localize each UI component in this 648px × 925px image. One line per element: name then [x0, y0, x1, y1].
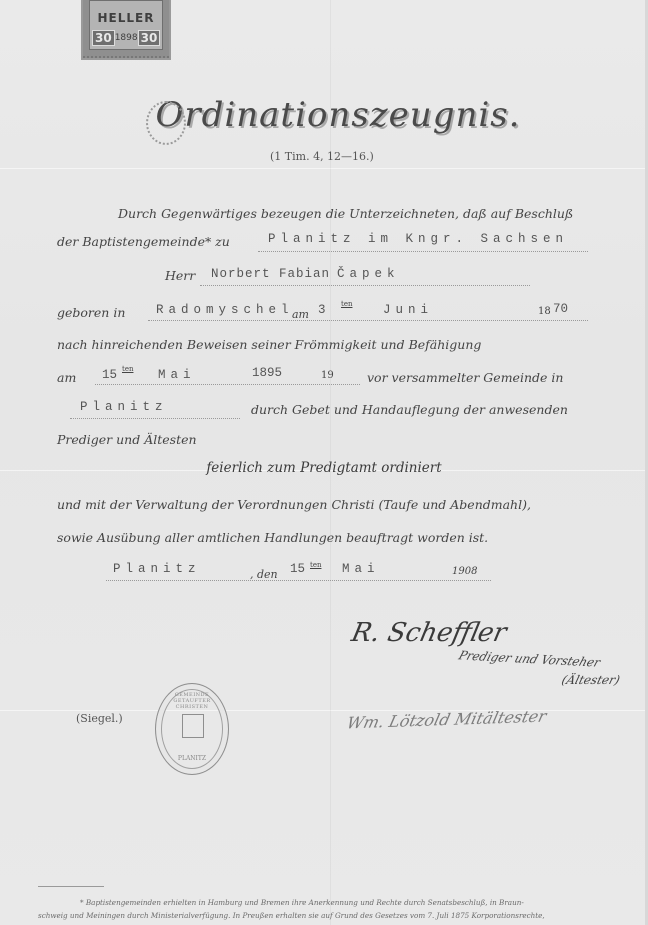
- birth-year-suffix: 70: [553, 302, 568, 316]
- body-line-5: nach hinreichenden Beweisen seiner Frömm…: [57, 337, 481, 352]
- seal-bottom-text: PLANITZ: [156, 755, 228, 762]
- issue-year: 1908: [452, 566, 477, 577]
- footnote-line-1: * Baptistengemeinden erhielten in Hambur…: [80, 898, 524, 907]
- stamp-value-right: 30: [138, 30, 161, 46]
- ordination-day-suffix: ten: [122, 365, 133, 373]
- honorific: Herr: [165, 268, 195, 283]
- field-underline: [200, 285, 530, 286]
- birth-year-prefix: 18: [538, 306, 551, 317]
- century-prefix: 19: [321, 370, 334, 381]
- ordination-year: 1895: [252, 366, 282, 380]
- issue-day-suffix: ten: [310, 561, 321, 569]
- ordination-day: 15: [102, 368, 117, 382]
- signature-preacher-title-2: (Ältester): [560, 673, 621, 687]
- birth-day: 3: [318, 303, 326, 317]
- am-label-2: am: [57, 370, 76, 385]
- birth-month: Juni: [383, 303, 433, 317]
- ordination-statement: feierlich zum Predigtamt ordiniert: [0, 460, 648, 476]
- title-block: Ordinationszeugnis.: [148, 95, 528, 135]
- paper-fold: [0, 168, 648, 169]
- ordination-place: Planitz: [80, 400, 168, 414]
- field-underline: [70, 418, 240, 419]
- body-line-1: Durch Gegenwärtiges bezeugen die Unterze…: [118, 206, 573, 221]
- stamp-label: HELLER: [90, 11, 162, 25]
- ordination-month: Mai: [158, 368, 196, 382]
- born-in-label: geboren in: [57, 305, 125, 320]
- body-line-10: und mit der Verwaltung der Verordnungen …: [57, 497, 531, 512]
- paper-fold: [0, 710, 648, 711]
- ordinand-surname: Čapek: [337, 267, 400, 281]
- footnote-line-2: schweig und Meiningen durch Ministerialv…: [38, 911, 545, 920]
- seal-ring-text: GEMEINDE GETAUFTER CHRISTEN: [156, 692, 228, 710]
- issue-place: Planitz: [113, 562, 201, 576]
- issue-month: Mai: [342, 562, 380, 576]
- field-underline: [95, 384, 360, 385]
- body-line-7-rest: durch Gebet und Handauflegung der anwese…: [251, 402, 568, 417]
- body-line-6-rest: vor versammelter Gemeinde in: [367, 370, 563, 385]
- field-underline: [106, 580, 491, 581]
- line-2-prefix: der Baptistengemeinde* zu: [57, 234, 230, 249]
- signature-preacher: R. Scheffler: [349, 618, 509, 648]
- body-line-2: der Baptistengemeinde* zu: [57, 234, 230, 249]
- stamp-year: 1898: [115, 33, 138, 43]
- field-underline: [258, 251, 588, 252]
- signature-preacher-title: Prediger und Vorsteher: [457, 648, 602, 669]
- body-line-11: sowie Ausübung aller amtlichen Handlunge…: [57, 530, 488, 545]
- certificate-page: HELLER 30 1898 30 Ordinationszeugnis. (1…: [0, 0, 648, 925]
- page-title: Ordinationszeugnis.: [148, 95, 528, 135]
- scripture-reference: (1 Tim. 4, 12—16.): [270, 150, 374, 163]
- title-ornament-icon: [146, 101, 186, 145]
- body-line-8: Prediger und Ältesten: [57, 432, 197, 447]
- birthplace-field: Radomyschel: [156, 303, 294, 317]
- field-underline: [148, 320, 588, 321]
- bible-cross-icon: [182, 714, 204, 738]
- birth-day-suffix: ten: [341, 300, 352, 308]
- issue-day: 15: [290, 562, 305, 576]
- stamp-value-left: 30: [92, 30, 115, 46]
- footnote-rule: [38, 886, 104, 887]
- ordinand-given-names: Norbert Fabian: [211, 267, 330, 281]
- seal-label: (Siegel.): [76, 712, 123, 725]
- revenue-stamp: HELLER 30 1898 30: [83, 0, 169, 58]
- congregation-field: Planitz im Kngr. Sachsen: [268, 232, 568, 246]
- church-seal: GEMEINDE GETAUFTER CHRISTEN PLANITZ: [155, 683, 229, 775]
